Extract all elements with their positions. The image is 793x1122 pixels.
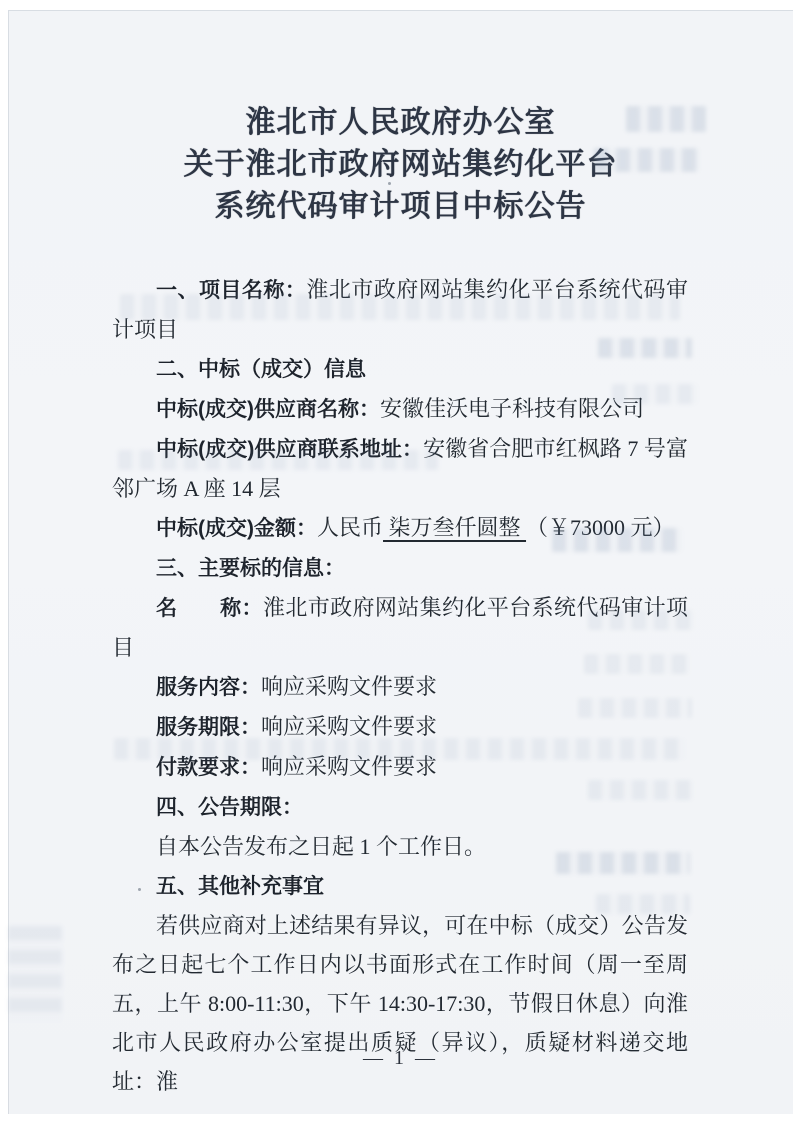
field-label: 二、中标（成交）信息 — [156, 358, 366, 381]
text-run: 响应采购文件要求 — [261, 754, 437, 779]
document-title: 淮北市人民政府办公室 关于淮北市政府网站集约化平台 系统代码审计项目中标公告 — [8, 10, 793, 228]
paragraph-section-award-info: 二、中标（成交）信息 — [112, 349, 688, 389]
text-run: 安徽佳沃电子科技有限公司 — [380, 396, 644, 421]
field-label: 名 称： — [156, 597, 263, 620]
text-run: （￥73000 元） — [526, 515, 675, 540]
field-label: 付款要求： — [156, 756, 261, 779]
title-line-3: 系统代码审计项目中标公告 — [8, 186, 793, 228]
paragraph-project-name: 一、项目名称：淮北市政府网站集约化平台系统代码审计项目 — [112, 270, 688, 349]
field-label: 三、主要标的信息： — [156, 557, 345, 580]
text-run: 响应采购文件要求 — [261, 674, 437, 699]
paragraph-section-other-matters: 五、其他补充事宜 — [112, 866, 688, 906]
paragraph-subject-name: 名 称：淮北市政府网站集约化平台系统代码审计项目 — [112, 588, 688, 667]
underlined-value: 柒万叁仟圆整 — [383, 515, 526, 540]
paragraph-service-content: 服务内容：响应采购文件要求 — [112, 667, 688, 707]
text-run: 人民币 — [317, 515, 383, 540]
bleedthrough-mark — [8, 926, 62, 1022]
field-label: 服务期限： — [156, 716, 261, 739]
paragraph-announcement-period: 自本公告发布之日起 1 个工作日。 — [112, 827, 688, 866]
title-line-2: 关于淮北市政府网站集约化平台 — [8, 144, 793, 186]
field-label: 中标(成交)金额： — [156, 517, 317, 540]
text-run: 响应采购文件要求 — [261, 714, 437, 739]
text-run: 自本公告发布之日起 1 个工作日。 — [156, 834, 486, 859]
field-label: 四、公告期限： — [156, 796, 303, 819]
title-line-1: 淮北市人民政府办公室 — [8, 102, 793, 144]
scanned-page: 淮北市人民政府办公室 关于淮北市政府网站集约化平台 系统代码审计项目中标公告 一… — [8, 10, 793, 1114]
paragraph-service-period: 服务期限：响应采购文件要求 — [112, 707, 688, 747]
paragraph-supplier-name: 中标(成交)供应商名称：安徽佳沃电子科技有限公司 — [112, 389, 688, 429]
paragraph-award-amount: 中标(成交)金额：人民币 柒万叁仟圆整 （￥73000 元） — [112, 508, 688, 548]
field-label: 服务内容： — [156, 676, 261, 699]
field-label: 中标(成交)供应商名称： — [156, 398, 380, 421]
page-number: — 1 — — [8, 1047, 793, 1070]
document-body: 一、项目名称：淮北市政府网站集约化平台系统代码审计项目二、中标（成交）信息中标(… — [112, 270, 688, 1101]
paragraph-objection-notice: 若供应商对上述结果有异议，可在中标（成交）公告发布之日起七个工作日内以书面形式在… — [112, 906, 688, 1101]
paragraph-supplier-address: 中标(成交)供应商联系地址：安徽省合肥市红枫路 7 号富邻广场 A 座 14 层 — [112, 429, 688, 508]
field-label: 中标(成交)供应商联系地址： — [156, 438, 423, 461]
field-label: 一、项目名称： — [156, 279, 306, 302]
paragraph-section-announcement-period: 四、公告期限： — [112, 787, 688, 827]
paragraph-section-subject-info: 三、主要标的信息： — [112, 548, 688, 588]
field-label: 五、其他补充事宜 — [156, 875, 324, 898]
paragraph-payment-terms: 付款要求：响应采购文件要求 — [112, 747, 688, 787]
